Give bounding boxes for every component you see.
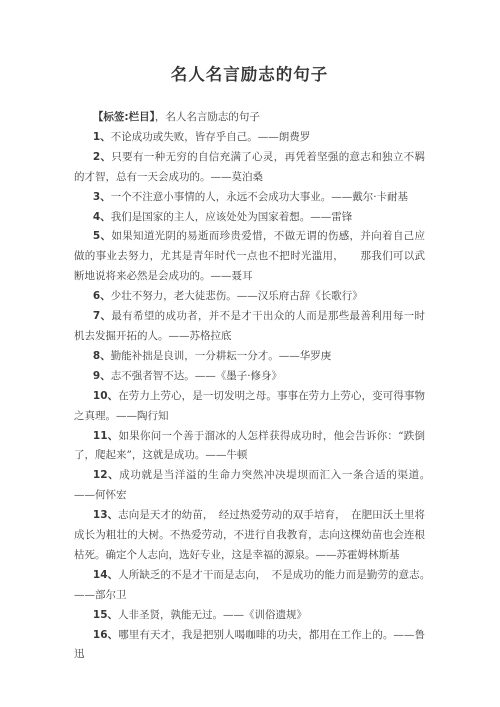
quote-text: 我们是国家的主人，应该处处为国家着想。——雷锋 xyxy=(111,211,353,223)
quote-number: 4、 xyxy=(93,211,111,223)
quote-item: 2、只要有一种无穷的自信充满了心灵，再凭着坚强的意志和独立不羁的才智，总有一天会… xyxy=(74,148,425,188)
quote-item: 10、在劳力上劳心，是一切发明之母。事事在劳力上劳心，变可得事物之真理。——陶行… xyxy=(74,387,425,427)
document-body: 【标签:栏目】，名人名言励志的句子 1、不论成功或失败，皆存乎自己。——朗费罗 … xyxy=(74,108,425,665)
quote-item: 11、如果你问一个善于溜冰的人怎样获得成功时，他会告诉你：“跌倒了，爬起来”，这… xyxy=(74,427,425,467)
quote-text: 少壮不努力，老大徒悲伤。——汉乐府古辞《长歌行》 xyxy=(111,290,363,302)
quote-text: 一个不注意小事情的人，永远不会成功大事业。——戴尔·卡耐基 xyxy=(111,191,408,203)
quote-item: 7、最有希望的成功者，并不是才干出众的人而是那些最善利用每一时机去发掘开拓的人。… xyxy=(74,307,425,347)
quote-item: 8、勤能补拙是良训，一分耕耘一分才。——华罗庚 xyxy=(74,347,425,367)
quote-item: 15、人非圣贤，孰能无过。——《训俗遗规》 xyxy=(74,606,425,626)
quote-number: 12、 xyxy=(93,469,119,481)
quote-text: 在劳力上劳心，是一切发明之母。事事在劳力上劳心，变可得事物之真理。——陶行知 xyxy=(74,390,425,422)
quote-text: 如果知道光阴的易逝而珍贵爱惜，不做无谓的伤感，并向着自己应做的事业去努力，尤其是… xyxy=(74,230,425,282)
quote-text: 志不强者智不达。——《墨子·修身》 xyxy=(111,370,282,382)
quote-item: 13、志向是天才的幼苗， 经过热爱劳动的双手培育， 在肥田沃土里将成长为粗壮的大… xyxy=(74,506,425,566)
quote-text: 成功就是当洋溢的生命力突然冲决堤坝而汇入一条合适的渠道。 ——何怀宏 xyxy=(74,469,446,501)
quote-text: 志向是天才的幼苗， 经过热爱劳动的双手培育， 在肥田沃土里将成长为粗壮的大树。不… xyxy=(74,509,425,561)
tag-line: 【标签:栏目】，名人名言励志的句子 xyxy=(74,108,425,128)
quote-text: 人所缺乏的不是才干而是志向， 不是成功的能力而是勤劳的意志。 ——部尔卫 xyxy=(74,569,436,601)
page-title: 名人名言励志的句子 xyxy=(74,62,425,88)
quote-number: 9、 xyxy=(93,370,111,382)
quote-number: 8、 xyxy=(93,350,111,362)
quote-item: 3、一个不注意小事情的人，永远不会成功大事业。——戴尔·卡耐基 xyxy=(74,188,425,208)
quote-number: 5、 xyxy=(93,230,111,242)
document-page: 名人名言励志的句子 【标签:栏目】，名人名言励志的句子 1、不论成功或失败，皆存… xyxy=(0,0,500,707)
quote-item: 12、成功就是当洋溢的生命力突然冲决堤坝而汇入一条合适的渠道。 ——何怀宏 xyxy=(74,466,425,506)
quote-item: 6、少壮不努力，老大徒悲伤。——汉乐府古辞《长歌行》 xyxy=(74,287,425,307)
quote-number: 7、 xyxy=(93,310,111,322)
quote-number: 11、 xyxy=(93,430,119,442)
tag-label: 【标签:栏目】 xyxy=(93,111,155,123)
quote-number: 16、 xyxy=(93,629,118,641)
tag-text: ，名人名言励志的句子 xyxy=(155,111,260,123)
quote-text: 人非圣贤，孰能无过。——《训俗遗规》 xyxy=(118,609,307,621)
quote-item: 1、不论成功或失败，皆存乎自己。——朗费罗 xyxy=(74,128,425,148)
quote-item: 14、人所缺乏的不是才干而是志向， 不是成功的能力而是勤劳的意志。 ——部尔卫 xyxy=(74,566,425,606)
quote-text: 如果你问一个善于溜冰的人怎样获得成功时，他会告诉你：“跌倒了，爬起来”，这就是成… xyxy=(74,430,425,462)
quote-item: 5、如果知道光阴的易逝而珍贵爱惜，不做无谓的伤感，并向着自己应做的事业去努力，尤… xyxy=(74,227,425,287)
quote-text: 勤能补拙是良训，一分耕耘一分才。——华罗庚 xyxy=(111,350,332,362)
quote-item: 9、志不强者智不达。——《墨子·修身》 xyxy=(74,367,425,387)
quote-number: 2、 xyxy=(93,151,111,163)
quote-text: 不论成功或失败，皆存乎自己。——朗费罗 xyxy=(111,131,311,143)
quote-number: 3、 xyxy=(93,191,111,203)
quote-number: 15、 xyxy=(93,609,118,621)
quote-number: 10、 xyxy=(93,390,118,402)
quote-number: 6、 xyxy=(93,290,111,302)
quote-text: 哪里有天才，我是把别人喝咖啡的功夫，都用在工作上的。——鲁迅 xyxy=(74,629,425,661)
quote-text: 只要有一种无穷的自信充满了心灵，再凭着坚强的意志和独立不羁的才智，总有一天会成功… xyxy=(74,151,425,183)
quote-number: 14、 xyxy=(93,569,118,581)
quote-item: 4、我们是国家的主人，应该处处为国家着想。——雷锋 xyxy=(74,208,425,228)
quote-number: 1、 xyxy=(93,131,111,143)
quote-text: 最有希望的成功者，并不是才干出众的人而是那些最善利用每一时机去发掘开拓的人。——… xyxy=(74,310,425,342)
quote-item: 16、哪里有天才，我是把别人喝咖啡的功夫，都用在工作上的。——鲁迅 xyxy=(74,626,425,666)
quote-number: 13、 xyxy=(93,509,118,521)
